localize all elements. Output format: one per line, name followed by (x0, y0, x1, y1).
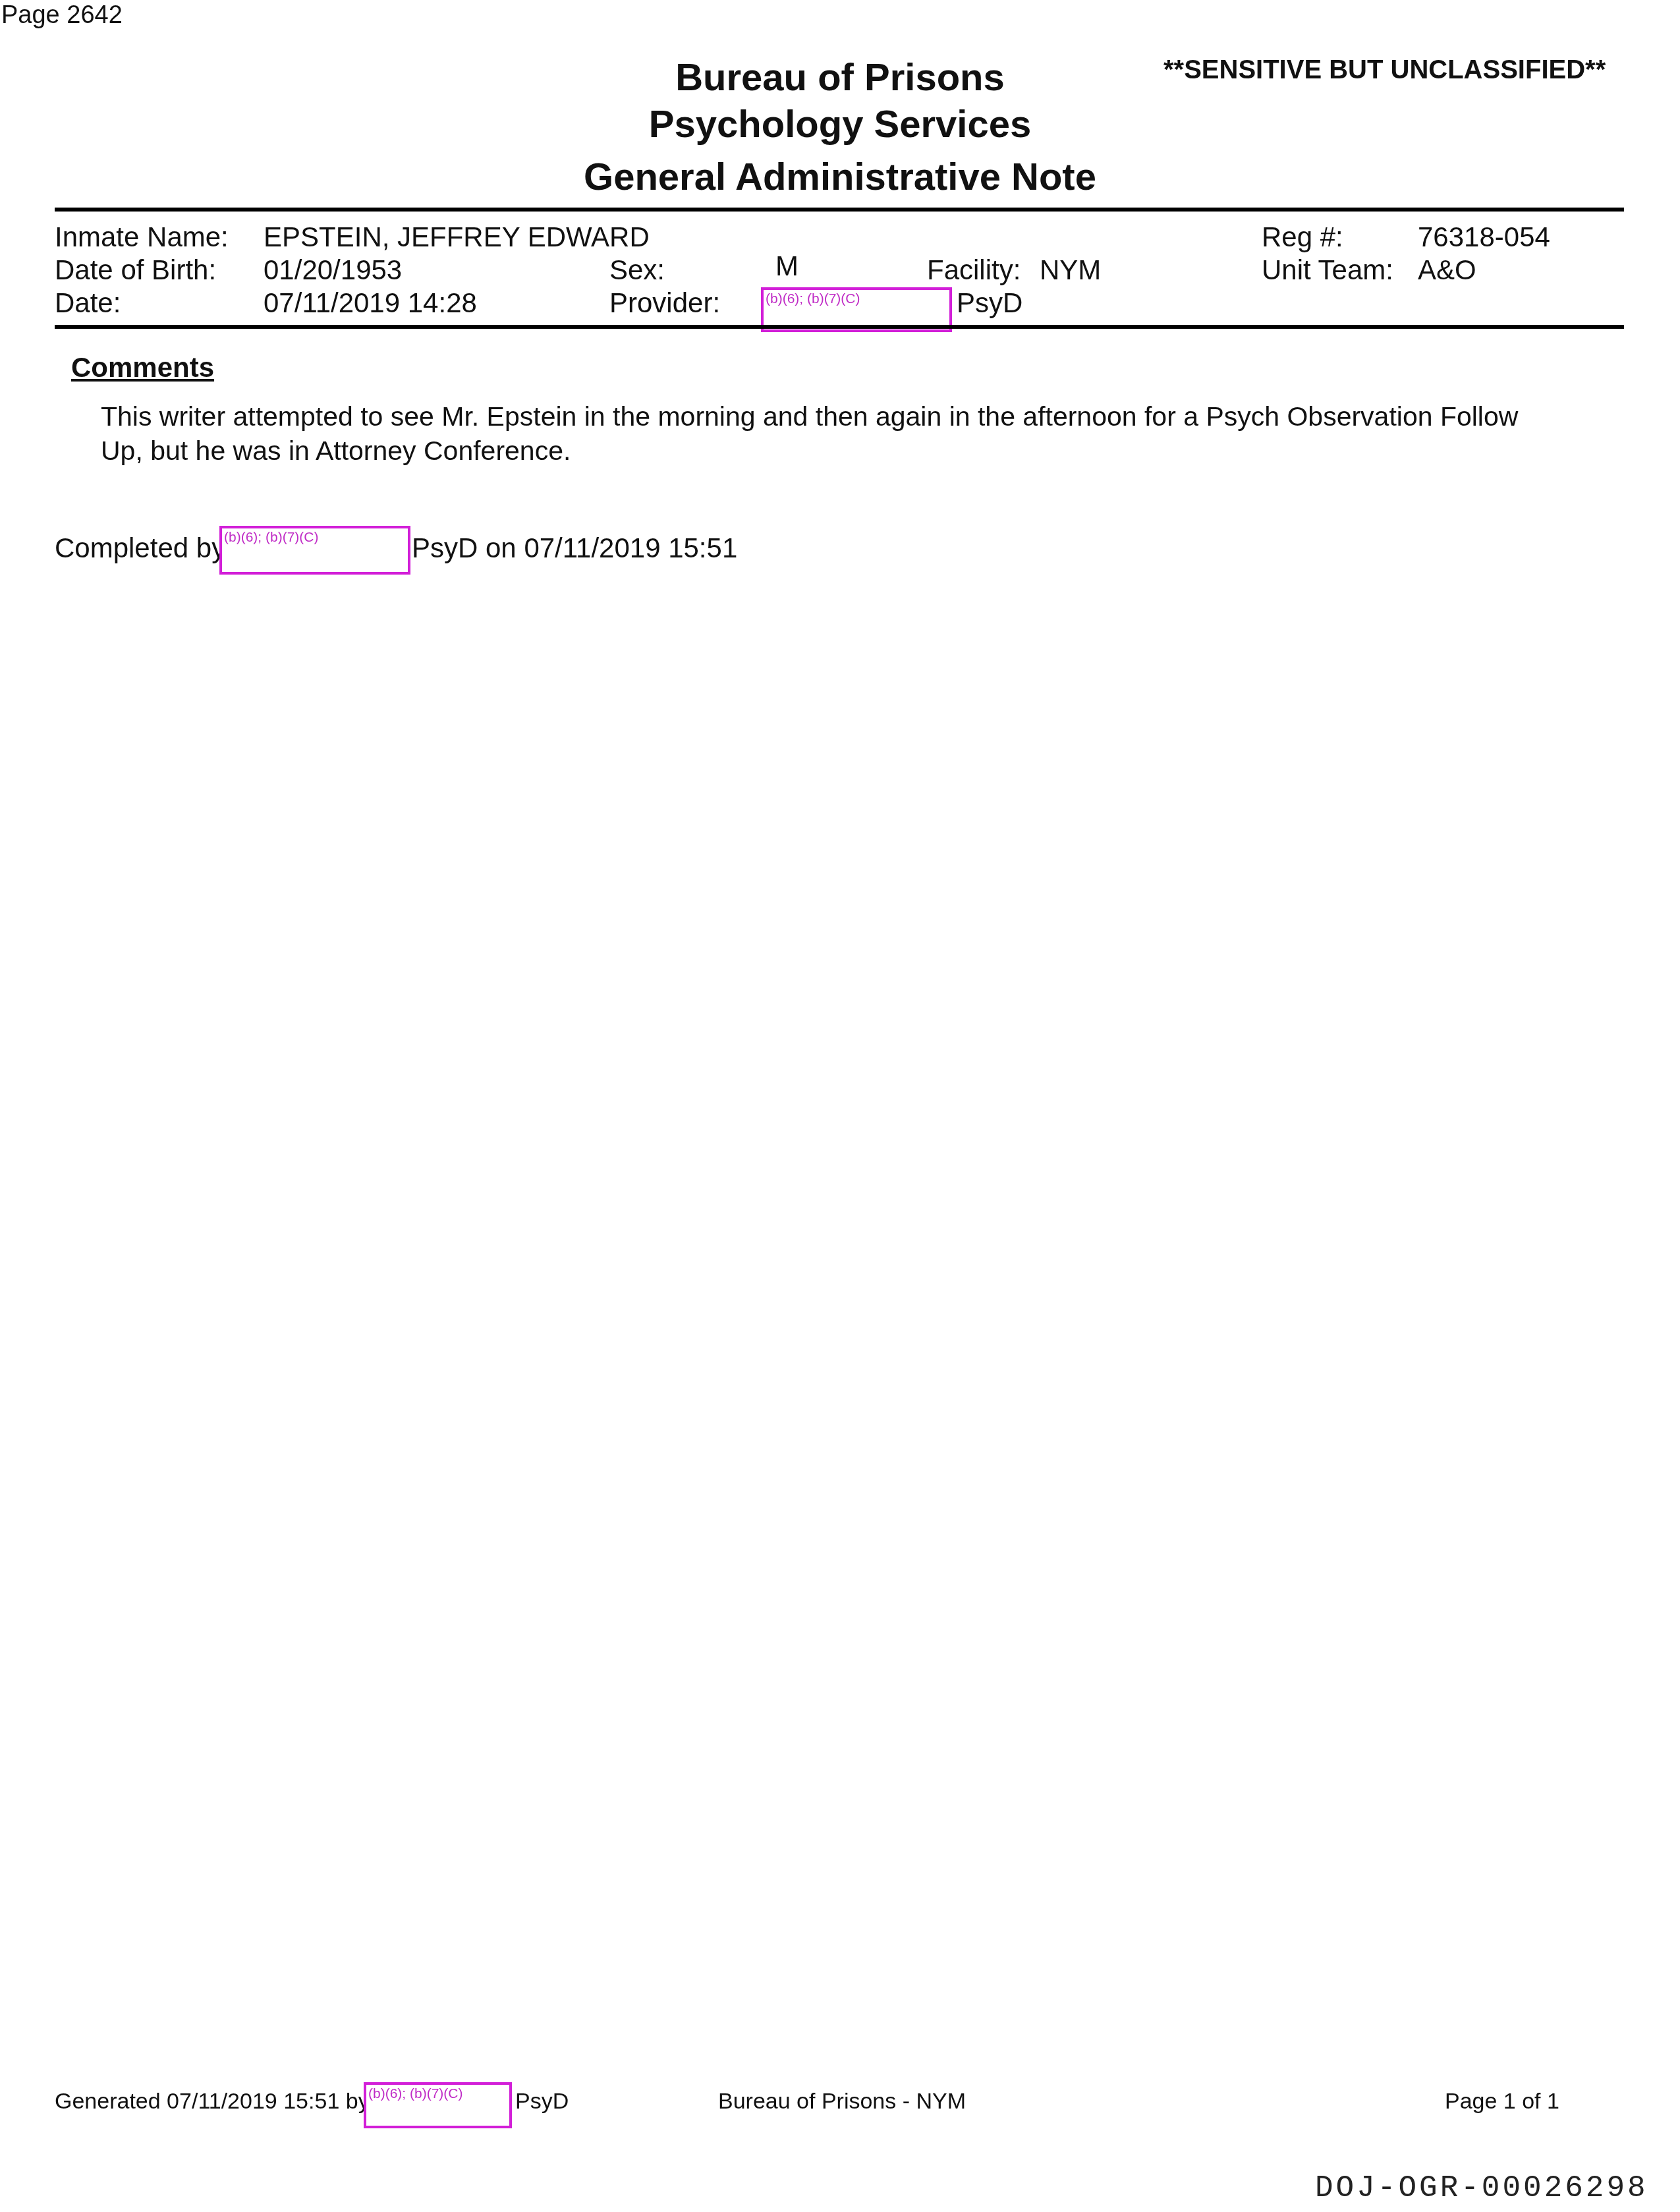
header-top-rule (55, 208, 1624, 212)
facility-label: Facility: (927, 254, 1021, 286)
comments-heading: Comments (71, 352, 214, 383)
redaction-code: (b)(6); (b)(7)(C) (224, 530, 318, 546)
completed-by-redaction-box: (b)(6); (b)(7)(C) (219, 526, 410, 575)
dob-value: 01/20/1953 (264, 254, 402, 286)
bates-number: DOJ-OGR-00026298 (1315, 2171, 1648, 2205)
sex-label: Sex: (609, 254, 665, 286)
date-label: Date: (55, 287, 121, 319)
comment-text-line-2: Up, but he was in Attorney Conference. (101, 436, 571, 467)
sex-value: M (775, 250, 798, 282)
date-value: 07/11/2019 14:28 (264, 287, 477, 319)
classification-label: **SENSITIVE BUT UNCLASSIFIED** (1163, 55, 1606, 85)
footer-page-number: Page 1 of 1 (1445, 2089, 1559, 2114)
generated-by-suffix: PsyD (515, 2089, 569, 2114)
inmate-name-value: EPSTEIN, JEFFREY EDWARD (264, 221, 650, 253)
completed-by-suffix: PsyD on 07/11/2019 15:51 (412, 532, 737, 564)
dob-label: Date of Birth: (55, 254, 216, 286)
redaction-code: (b)(6); (b)(7)(C) (766, 291, 860, 307)
generated-by-prefix: Generated 07/11/2019 15:51 by (55, 2089, 370, 2114)
header-bottom-rule (55, 325, 1624, 329)
document-title: General Administrative Note (0, 155, 1680, 199)
reg-number-label: Reg #: (1262, 221, 1343, 253)
redaction-code: (b)(6); (b)(7)(C) (368, 2086, 462, 2102)
generated-by-redaction-box: (b)(6); (b)(7)(C) (364, 2082, 512, 2128)
facility-value: NYM (1040, 254, 1101, 286)
provider-credential: PsyD (957, 287, 1022, 319)
department-title: Psychology Services (0, 102, 1680, 146)
completed-by-prefix: Completed by (55, 532, 225, 564)
footer-facility: Bureau of Prisons - NYM (718, 2089, 966, 2114)
comment-text-line-1: This writer attempted to see Mr. Epstein… (101, 401, 1518, 432)
provider-label: Provider: (609, 287, 720, 319)
unit-team-label: Unit Team: (1262, 254, 1393, 286)
reg-number-value: 76318-054 (1418, 221, 1550, 253)
page-label: Page 2642 (1, 1, 123, 30)
unit-team-value: A&O (1418, 254, 1476, 286)
inmate-name-label: Inmate Name: (55, 221, 229, 253)
